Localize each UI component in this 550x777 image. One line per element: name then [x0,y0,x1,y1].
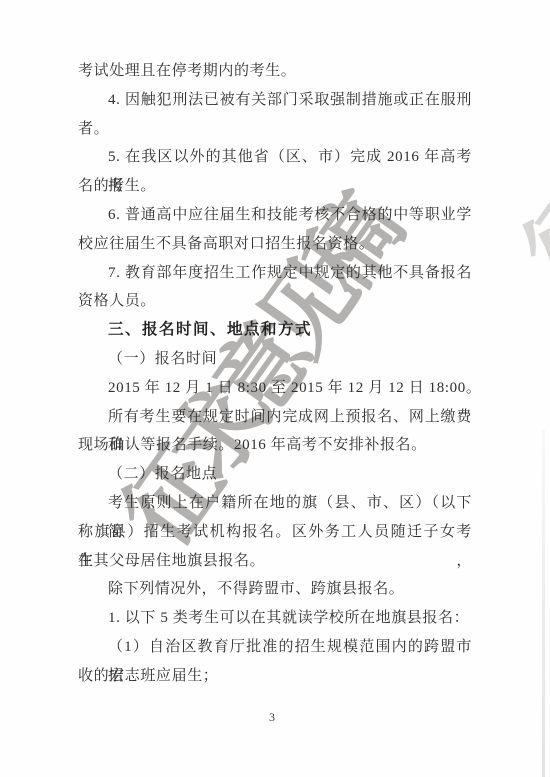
scanned-document-page: 征求意见稿 征 考试处理且在停考期内的考生。4. 因触犯刑法已被有关部门采取强制… [0,0,550,777]
section-heading: 三、报名时间、地点和方式 [78,316,472,345]
draft-watermark-fragment: 征 [498,156,550,309]
text-line: 现场确认等报名手续。2016 年高考不安排补报名。 [78,431,472,460]
page-number: 3 [0,710,544,725]
text-line: 考生原则上在户籍所在地的旗（县、市、区）（以下简 [78,489,472,518]
text-line: 6. 普通高中应往届生和技能考核不合格的中等职业学 [78,201,472,230]
text-line: 所有考生要在规定时间内完成网上预报名、网上缴费和 [78,403,472,432]
text-line: 称旗县）招生考试机构报名。区外务工人员随迁子女考生， [78,518,472,547]
text-line: 收的宏志班应届生； [78,662,472,691]
text-line: 2015 年 12 月 1 日 8:30 至 2015 年 12 月 12 日 … [78,374,472,403]
text-line: （二）报名地点 [78,460,472,489]
text-line: 者。 [78,115,472,144]
text-line: （一）报名时间 [78,345,472,374]
text-line: （1）自治区教育厅批准的招生规模范围内的跨盟市招 [78,633,472,662]
text-line: 资格人员。 [78,287,472,316]
text-line: 校应往届生不具备高职对口招生报名资格。 [78,230,472,259]
text-line: 除下列情况外，不得跨盟市、跨旗县报名。 [78,575,472,604]
text-line: 5. 在我区以外的其他省（区、市）完成 2016 年高考报 [78,143,472,172]
text-line: 7. 教育部年度招生工作规定中规定的其他不具备报名 [78,259,472,288]
text-line: 4. 因触犯刑法已被有关部门采取强制措施或正在服刑 [78,86,472,115]
document-body: 考试处理且在停考期内的考生。4. 因触犯刑法已被有关部门采取强制措施或正在服刑者… [78,57,472,691]
text-line: 名的考生。 [78,172,472,201]
text-line: 考试处理且在停考期内的考生。 [78,57,472,86]
text-line: 1. 以下 5 类考生可以在其就读学校所在地旗县报名： [78,604,472,633]
